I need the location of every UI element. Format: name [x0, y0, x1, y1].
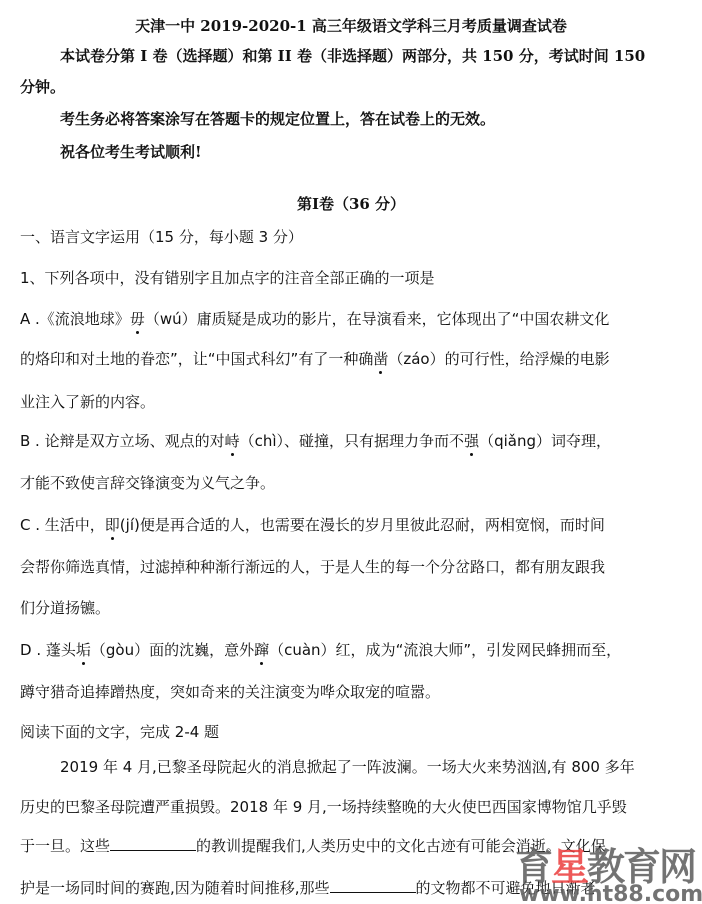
section-title: 第I卷（36 分） — [0, 194, 702, 214]
passage-text: 护是一场同时间的赛跑,因为随着时间推移,那些 — [20, 879, 330, 897]
fill-in-blank-1[interactable] — [110, 836, 196, 851]
emphasized-char: 即 — [105, 515, 120, 535]
option-d-text: （gòu）面的沈巍，意外 — [91, 641, 254, 659]
emphasized-char: 垢 — [76, 640, 91, 660]
passage-line-2: 历史的巴黎圣母院遭严重损毁。2018 年 9 月,一场持续整晚的大火使巴西国家博… — [20, 797, 627, 817]
document-title: 天津一中 2019-2020-1 高三年级语文学科三月考质量调查试卷 — [0, 16, 702, 36]
passage-text: 于一旦。这些 — [20, 837, 110, 855]
part-one-heading: 一、语言文字运用（15 分，每小题 3 分） — [20, 227, 303, 247]
option-a-line-2: 的烙印和对土地的眷恋”，让“中国式科幻”有了一种确凿（záo）的可行性，给浮燥的… — [20, 349, 610, 369]
reading-prompt: 阅读下面的文字，完成 2-4 题 — [20, 722, 219, 742]
site-watermark: 育星教育网 www.ht88.com — [515, 845, 702, 904]
option-c-text: (jí)便是再合适的人，也需要在漫长的岁月里彼此忍耐，两相宽悯，而时间 — [120, 516, 605, 534]
option-a-text: （záo）的可行性，给浮燥的电影 — [388, 350, 609, 368]
instructions-line-4: 祝各位考生考试顺利! — [60, 142, 202, 162]
emphasized-char: 凿 — [373, 349, 388, 369]
option-b-text: （qiǎng）词夺理， — [479, 432, 611, 450]
option-b-text: B . 论辩是双方立场、观点的对 — [20, 432, 225, 450]
instructions-line-2: 分钟。 — [20, 77, 65, 97]
option-d-text: D . 蓬头 — [20, 641, 76, 659]
emphasized-char: 蹿 — [254, 640, 269, 660]
option-a-text: 的烙印和对土地的眷恋”，让“中国式科幻”有了一种确 — [20, 350, 373, 368]
option-b-text: （chì）、碰撞，只有据理力争而不 — [240, 432, 464, 450]
emphasized-char: 毋 — [130, 309, 145, 329]
option-c-line-3: 们分道扬镳。 — [20, 598, 110, 618]
passage-line-1: 2019 年 4 月,已黎圣母院起火的消息掀起了一阵波澜。一场大火来势汹汹,有 … — [60, 757, 635, 777]
option-a-text: （wú）庸质疑是成功的影片，在导演看来，它体现出了“中国农耕文化 — [145, 310, 610, 328]
watermark-url: www.ht88.com — [519, 883, 702, 904]
emphasized-char: 峙 — [225, 431, 240, 451]
option-d-line-1: D . 蓬头垢（gòu）面的沈巍，意外蹿（cuàn）红，成为“流浪大师”，引发网… — [20, 640, 621, 660]
option-a-line-1: A .《流浪地球》毋（wú）庸质疑是成功的影片，在导演看来，它体现出了“中国农耕… — [20, 309, 609, 329]
question-1-stem: 1、下列各项中，没有错别字且加点字的注音全部正确的一项是 — [20, 268, 435, 288]
option-d-line-2: 蹲守猎奇追捧蹭热度，突如奇来的关注演变为哗众取宠的喧嚣。 — [20, 682, 440, 702]
instructions-line-1: 本试卷分第 I 卷（选择题）和第 II 卷（非选择题）两部分，共 150 分，考… — [60, 46, 645, 66]
option-a-text: A .《流浪地球》 — [20, 310, 130, 328]
option-d-text: （cuàn）红，成为“流浪大师”，引发网民蜂拥而至， — [269, 641, 621, 659]
option-a-line-3: 业注入了新的内容。 — [20, 392, 155, 412]
instructions-line-3: 考生务必将答案涂写在答题卡的规定位置上，答在试卷上的无效。 — [60, 109, 495, 129]
option-b-line-2: 才能不致使言辞交锋演变为义气之争。 — [20, 473, 275, 493]
fill-in-blank-2[interactable] — [330, 878, 416, 893]
option-b-line-1: B . 论辩是双方立场、观点的对峙（chì）、碰撞，只有据理力争而不强（qiǎn… — [20, 431, 611, 451]
option-c-text: C . 生活中， — [20, 516, 105, 534]
option-c-line-1: C . 生活中，即(jí)便是再合适的人，也需要在漫长的岁月里彼此忍耐，两相宽悯… — [20, 515, 605, 535]
option-c-line-2: 会帮你筛选真情，过滤掉种种渐行渐远的人，于是人生的每一个分岔路口，都有朋友跟我 — [20, 557, 605, 577]
passage-line-4: 护是一场同时间的赛跑,因为随着时间推移,那些的文物都不可避免地日渐老 — [20, 878, 596, 898]
emphasized-char: 强 — [464, 431, 479, 451]
